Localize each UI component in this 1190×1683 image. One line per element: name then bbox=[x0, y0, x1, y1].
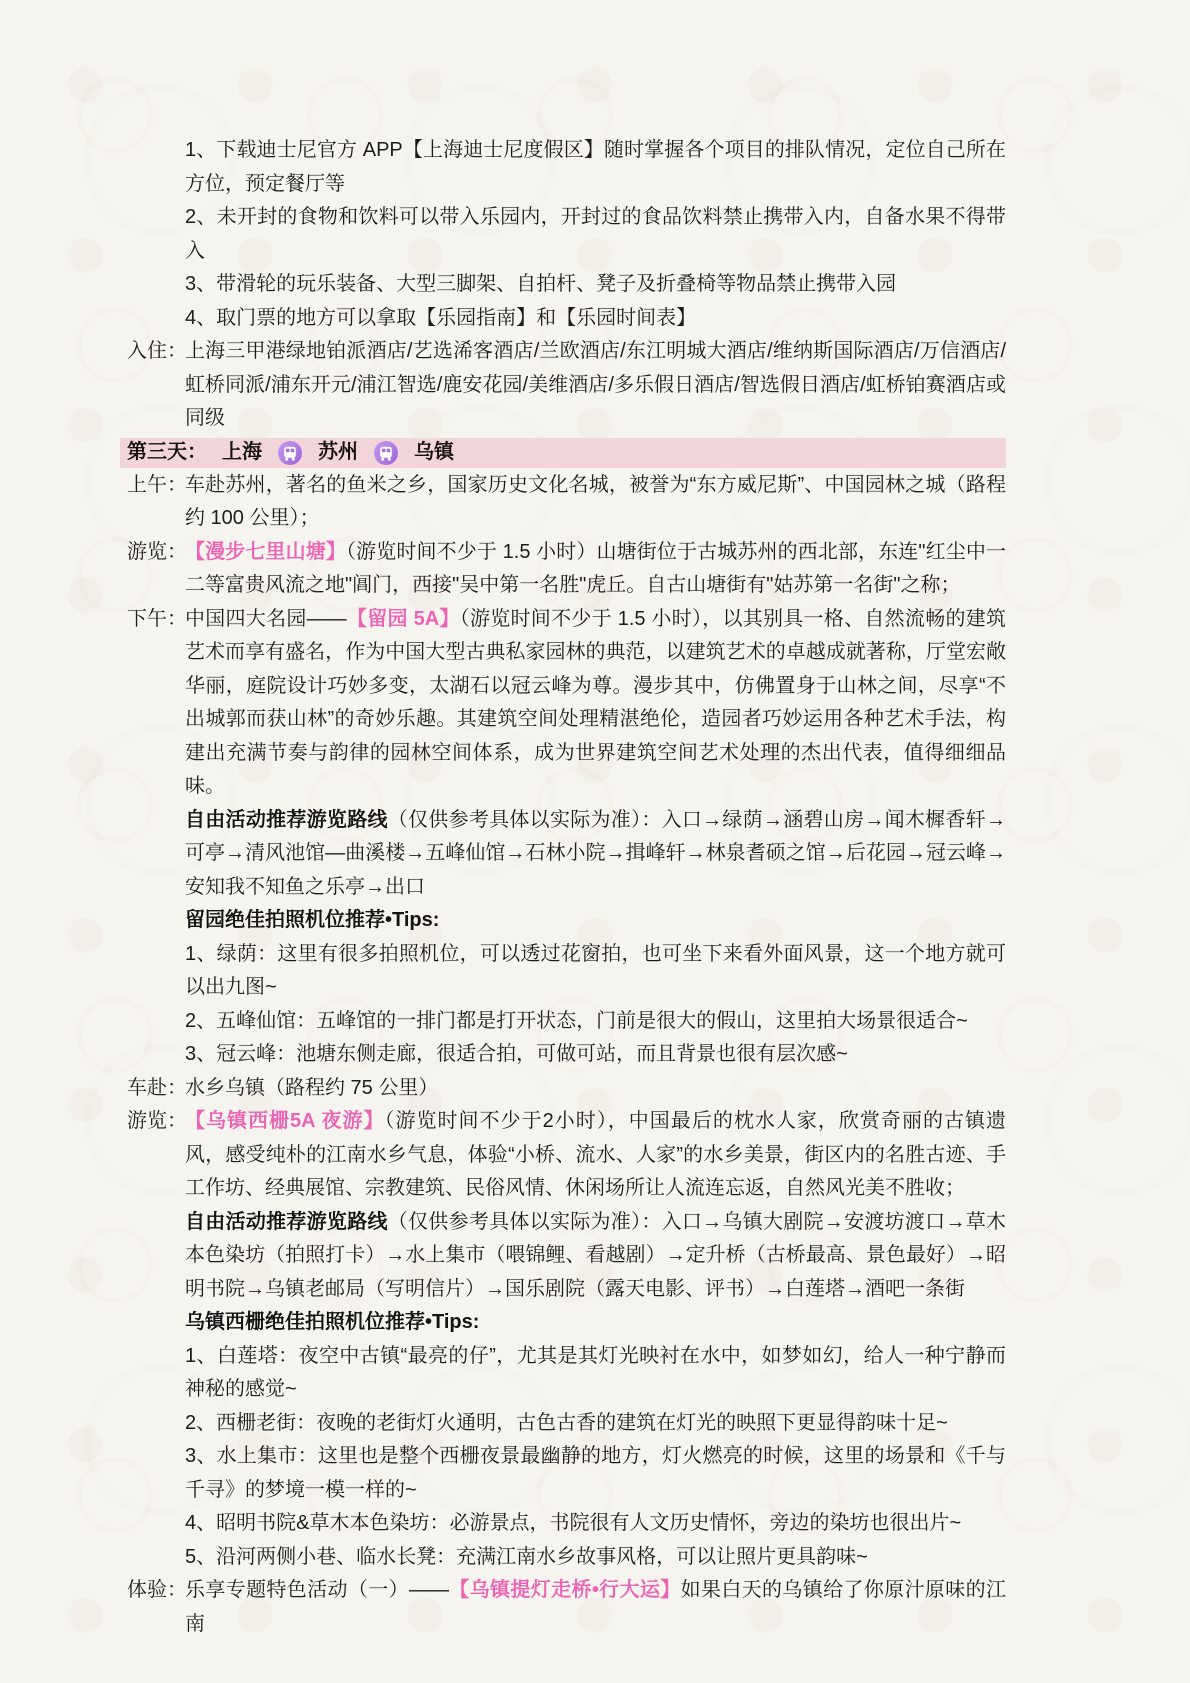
text-segment: 中国四大名园—— bbox=[185, 608, 347, 630]
liuyuan-tips-heading: 留园绝佳拍照机位推荐•Tips: bbox=[120, 904, 1006, 938]
row-label: 游览： bbox=[127, 1105, 187, 1139]
wuzhen-tip-2: 2、西栅老街：夜晚的老街灯火通明，古色古香的建筑在灯光的映照下更显得韵味十足~ bbox=[120, 1407, 1006, 1441]
row-label: 游览： bbox=[127, 536, 187, 570]
text-segment: 2、未开封的食物和饮料可以带入乐园内，开封过的食品饮料禁止携带入内，自备水果不得… bbox=[185, 206, 1006, 262]
liuyuan-tip-1: 1、绿荫：这里有很多拍照机位，可以透过花窗拍，也可坐下来看外面风景，这一个地方就… bbox=[120, 938, 1006, 1005]
liuyuan-route: 自由活动推荐游览路线（仅供参考具体以实际为准）：入口→绿荫→涵碧山房→闻木樨香轩… bbox=[120, 804, 1006, 905]
wuzhen-tip-4: 4、昭明书院&草木本色染坊：必游景点，书院很有人文历史情怀，旁边的染坊也很出片~ bbox=[120, 1507, 1006, 1541]
row-label: 下午： bbox=[127, 603, 187, 637]
row-label: 入住： bbox=[127, 335, 187, 369]
wuzhen-tip-3: 3、水上集市：这里也是整个西栅夜景最幽静的地方，灯火燃亮的时候，这里的场景和《千… bbox=[120, 1440, 1006, 1507]
bold-heading: 自由活动推荐游览路线 bbox=[185, 1211, 388, 1233]
text-segment: 2、五峰仙馆：五峰馆的一排门都是打开状态，门前是很大的假山，这里拍大场景很适合~ bbox=[185, 1010, 968, 1032]
afternoon-liuyuan: 下午：中国四大名园——【留园 5A】（游览时间不少于 1.5 小时），以其别具一… bbox=[120, 603, 1006, 804]
banner-stop: 苏州 bbox=[318, 436, 358, 470]
text-segment: 3、水上集市：这里也是整个西栅夜景最幽静的地方，灯火燃亮的时候，这里的场景和《千… bbox=[185, 1445, 1006, 1501]
text-segment: 1、下载迪士尼官方 APP【上海迪士尼度假区】随时掌握各个项目的排队情况，定位自… bbox=[185, 139, 1006, 195]
wuzhen-route: 自由活动推荐游览路线（仅供参考具体以实际为准）：入口→乌镇大剧院→安渡坊渡口→草… bbox=[120, 1206, 1006, 1307]
row-label: 车赴： bbox=[127, 1072, 187, 1106]
text-segment: （游览时间不少于 1.5 小时），以其别具一格、自然流畅的建筑艺术而享有盛名，作… bbox=[185, 608, 1006, 798]
disney-tip-3: 3、带滑轮的玩乐装备、大型三脚架、自拍杆、凳子及折叠椅等物品禁止携带入园 bbox=[120, 268, 1006, 302]
attraction-highlight: 【留园 5A】 bbox=[347, 608, 460, 630]
text-segment: 5、沿河两侧小巷、临水长凳：充满江南水乡故事风格，可以让照片更具韵味~ bbox=[185, 1546, 868, 1568]
text-segment: 1、绿荫：这里有很多拍照机位，可以透过花窗拍，也可坐下来看外面风景，这一个地方就… bbox=[185, 943, 1006, 999]
disney-tip-1: 1、下载迪士尼官方 APP【上海迪士尼度假区】随时掌握各个项目的排队情况，定位自… bbox=[120, 134, 1006, 201]
disney-tip-2: 2、未开封的食物和饮料可以带入乐园内，开封过的食品饮料禁止携带入内，自备水果不得… bbox=[120, 201, 1006, 268]
disney-tip-4: 4、取门票的地方可以拿取【乐园指南】和【乐园时间表】 bbox=[120, 302, 1006, 336]
bold-heading: 自由活动推荐游览路线 bbox=[185, 809, 388, 831]
banner-stop: 上海 bbox=[222, 436, 262, 470]
attraction-highlight: 【乌镇西栅5A 夜游】 bbox=[185, 1110, 385, 1132]
text-segment: 上海三甲港绿地铂派酒店/艺选浠客酒店/兰欧酒店/东江明城大酒店/维纳斯国际酒店/… bbox=[185, 340, 1006, 429]
bus-icon bbox=[373, 440, 399, 466]
row-label: 上午： bbox=[127, 469, 187, 503]
text-segment: 3、冠云峰：池塘东侧走廊，很适合拍，可做可站，而且背景也很有层次感~ bbox=[185, 1043, 848, 1065]
attraction-highlight: 【漫步七里山塘】 bbox=[185, 541, 346, 563]
sightseeing-wuzhen: 游览：【乌镇西栅5A 夜游】（游览时间不少于2小时），中国最后的枕水人家，欣赏奇… bbox=[120, 1105, 1006, 1206]
banner-stop: 乌镇 bbox=[414, 436, 454, 470]
wuzhen-tip-5: 5、沿河两侧小巷、临水长凳：充满江南水乡故事风格，可以让照片更具韵味~ bbox=[120, 1541, 1006, 1575]
attraction-highlight: 【乌镇提灯走桥•行大运】 bbox=[449, 1579, 681, 1601]
text-segment: 4、取门票的地方可以拿取【乐园指南】和【乐园时间表】 bbox=[185, 307, 696, 329]
sightseeing-shantang: 游览：【漫步七里山塘】（游览时间不少于 1.5 小时）山塘街位于古城苏州的西北部… bbox=[120, 536, 1006, 603]
text-segment: 车赴苏州，著名的鱼米之乡，国家历史文化名城，被誉为“东方威尼斯”、中国园林之城（… bbox=[185, 474, 1006, 530]
text-segment: 1、白莲塔：夜空中古镇“最亮的仔”，尤其是其灯光映衬在水中，如梦如幻，给人一种宁… bbox=[185, 1345, 1006, 1401]
bold-heading: 留园绝佳拍照机位推荐•Tips: bbox=[185, 909, 439, 931]
row-label: 体验： bbox=[127, 1574, 187, 1608]
liuyuan-tip-2: 2、五峰仙馆：五峰馆的一排门都是打开状态，门前是很大的假山，这里拍大场景很适合~ bbox=[120, 1005, 1006, 1039]
itinerary-document: 1、下载迪士尼官方 APP【上海迪士尼度假区】随时掌握各个项目的排队情况，定位自… bbox=[120, 134, 1006, 1641]
text-segment: 2、西栅老街：夜晚的老街灯火通明，古色古香的建筑在灯光的映照下更显得韵味十足~ bbox=[185, 1412, 948, 1434]
text-segment: 3、带滑轮的玩乐装备、大型三脚架、自拍杆、凳子及折叠椅等物品禁止携带入园 bbox=[185, 273, 896, 295]
bus-icon bbox=[277, 440, 303, 466]
text-segment: 4、昭明书院&草木本色染坊：必游景点，书院很有人文历史情怀，旁边的染坊也很出片~ bbox=[185, 1512, 961, 1534]
liuyuan-tip-3: 3、冠云峰：池塘东侧走廊，很适合拍，可做可站，而且背景也很有层次感~ bbox=[120, 1038, 1006, 1072]
banner-day-label: 第三天： bbox=[127, 436, 207, 470]
text-segment: 乐享专题特色活动（一）—— bbox=[185, 1579, 449, 1601]
wuzhen-tip-1: 1、白莲塔：夜空中古镇“最亮的仔”，尤其是其灯光映衬在水中，如梦如幻，给人一种宁… bbox=[120, 1340, 1006, 1407]
bold-heading: 乌镇西栅绝佳拍照机位推荐•Tips: bbox=[185, 1311, 479, 1333]
experience-activity: 体验：乐享专题特色活动（一）——【乌镇提灯走桥•行大运】如果白天的乌镇给了你原汁… bbox=[120, 1574, 1006, 1641]
drive-to-wuzhen: 车赴：水乡乌镇（路程约 75 公里） bbox=[120, 1072, 1006, 1106]
morning-drive: 上午：车赴苏州，著名的鱼米之乡，国家历史文化名城，被誉为“东方威尼斯”、中国园林… bbox=[120, 469, 1006, 536]
hotel-list: 入住：上海三甲港绿地铂派酒店/艺选浠客酒店/兰欧酒店/东江明城大酒店/维纳斯国际… bbox=[120, 335, 1006, 436]
wuzhen-tips-heading: 乌镇西栅绝佳拍照机位推荐•Tips: bbox=[120, 1306, 1006, 1340]
text-segment: 水乡乌镇（路程约 75 公里） bbox=[185, 1077, 438, 1099]
day-route-banner: 第三天：上海 苏州 bbox=[120, 438, 1006, 468]
